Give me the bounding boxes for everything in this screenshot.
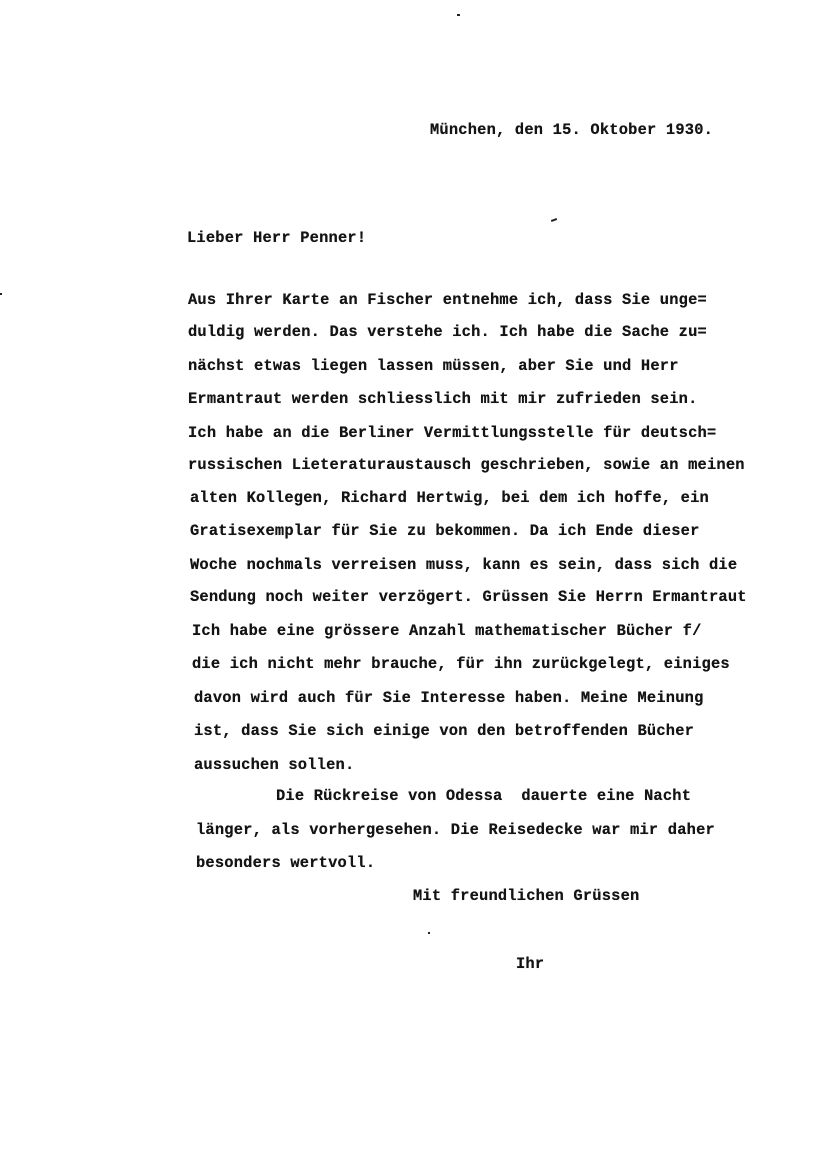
body-line: länger, als vorhergesehen. Die Reisedeck… bbox=[196, 820, 715, 840]
body-line: nächst etwas liegen lassen müssen, aber … bbox=[188, 356, 679, 376]
body-line: Gratisexemplar für Sie zu bekommen. Da i… bbox=[190, 521, 700, 541]
body-line: alten Kollegen, Richard Hertwig, bei dem… bbox=[190, 488, 709, 508]
body-line: Ich habe eine grössere Anzahl mathematis… bbox=[192, 621, 702, 641]
letter-page: München, den 15. Oktober 1930. Lieber He… bbox=[0, 0, 830, 1169]
scan-speck bbox=[0, 293, 2, 295]
signature: Ihr bbox=[516, 954, 544, 974]
body-line: Woche nochmals verreisen muss, kann es s… bbox=[190, 555, 737, 575]
scan-speck bbox=[551, 218, 557, 222]
body-line: Sendung noch weiter verzögert. Grüssen S… bbox=[190, 587, 747, 607]
body-line: Ich habe an die Berliner Vermittlungsste… bbox=[188, 423, 716, 443]
body-line: ist, dass Sie sich einige von den betrof… bbox=[194, 721, 694, 741]
dateline: München, den 15. Oktober 1930. bbox=[430, 120, 713, 140]
scan-speck bbox=[428, 932, 430, 934]
body-line: aussuchen sollen. bbox=[194, 755, 354, 775]
body-line: Ermantraut werden schliesslich mit mir z… bbox=[188, 389, 698, 409]
scan-speck bbox=[457, 14, 460, 16]
closing: Mit freundlichen Grüssen bbox=[413, 886, 639, 906]
body-line: russischen Lieteraturaustausch geschrieb… bbox=[188, 455, 745, 475]
body-line: Die Rückreise von Odessa dauerte eine Na… bbox=[276, 786, 691, 806]
body-line: die ich nicht mehr brauche, für ihn zurü… bbox=[192, 654, 730, 674]
body-line: Aus Ihrer Karte an Fischer entnehme ich,… bbox=[188, 290, 707, 310]
body-line: duldig werden. Das verstehe ich. Ich hab… bbox=[188, 322, 707, 342]
salutation: Lieber Herr Penner! bbox=[187, 228, 366, 248]
body-line: davon wird auch für Sie Interesse haben.… bbox=[194, 688, 704, 708]
body-line: besonders wertvoll. bbox=[196, 853, 375, 873]
